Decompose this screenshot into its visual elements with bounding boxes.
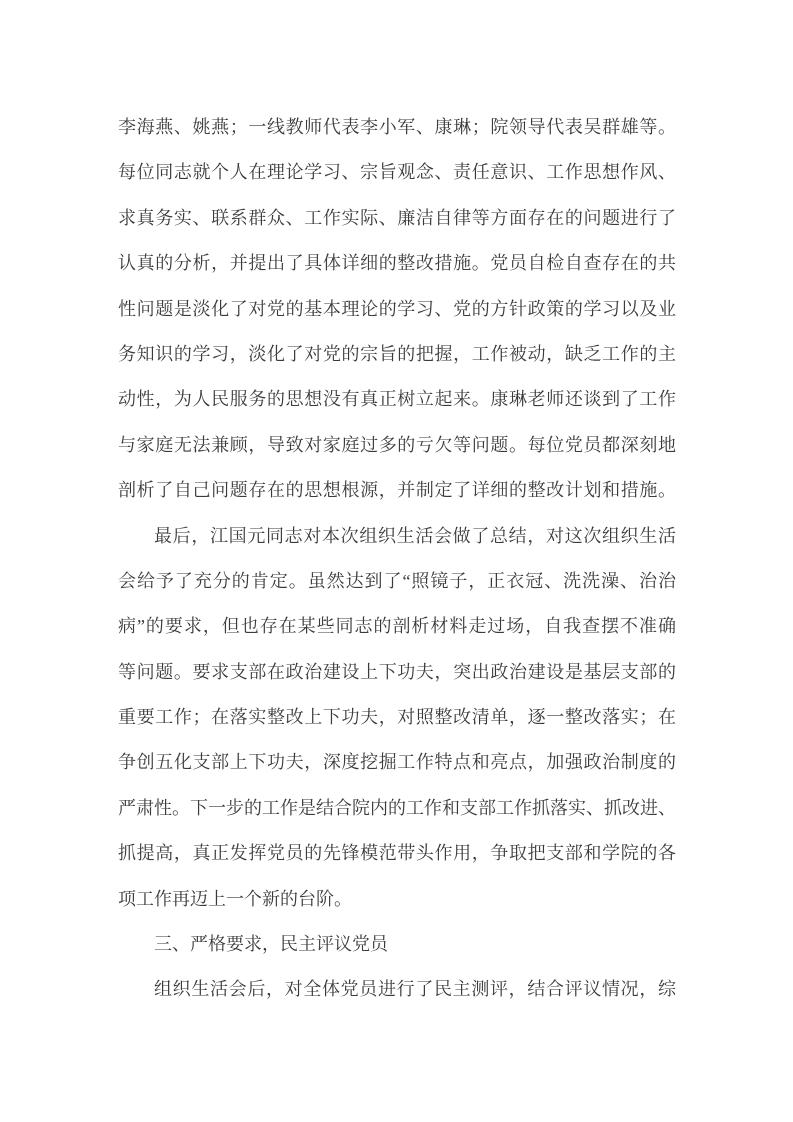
text-line: 认真的分析，并提出了具体详细的整改措施。党员自检自查存在的共 [118,241,676,286]
text-line: 重要工作；在落实整改上下功夫，对照整改清单，逐一整改落实；在 [118,695,676,740]
text-line: 每位同志就个人在理论学习、宗旨观念、责任意识、工作思想作风、 [118,150,676,195]
text-line: 争创五化支部上下功夫，深度挖掘工作特点和亮点，加强政治制度的 [118,740,676,785]
text-line: 剖析了自己问题存在的思想根源，并制定了详细的整改计划和措施。 [118,468,676,513]
text-line: 会给予了充分的肯定。虽然达到了“照镜子，正衣冠、洗洗澡、治治 [118,559,676,604]
text-line: 项工作再迈上一个新的台阶。 [118,877,676,922]
text-line: 动性，为人民服务的思想没有真正树立起来。康琳老师还谈到了工作 [118,377,676,422]
text-line: 与家庭无法兼顾，导致对家庭过多的亏欠等问题。每位党员都深刻地 [118,423,676,468]
text-line: 务知识的学习，淡化了对党的宗旨的把握，工作被动，缺乏工作的主 [118,332,676,377]
text-line: 三、严格要求，民主评议党员 [118,922,676,967]
text-line: 性问题是淡化了对党的基本理论的学习、党的方针政策的学习以及业 [118,287,676,332]
text-line: 李海燕、姚燕；一线教师代表李小军、康琳；院领导代表吴群雄等。 [118,105,676,150]
text-line: 最后，江国元同志对本次组织生活会做了总结，对这次组织生活 [118,514,676,559]
text-line: 等问题。要求支部在政治建设上下功夫，突出政治建设是基层支部的 [118,650,676,695]
text-line: 求真务实、联系群众、工作实际、廉洁自律等方面存在的问题进行了 [118,196,676,241]
text-line: 组织生活会后，对全体党员进行了民主测评，结合评议情况，综 [118,967,676,1012]
text-line: 抓提高，真正发挥党员的先锋模范带头作用，争取把支部和学院的各 [118,831,676,876]
text-line: 严肃性。下一步的工作是结合院内的工作和支部工作抓落实、抓改进、 [118,786,676,831]
document-page: 李海燕、姚燕；一线教师代表李小军、康琳；院领导代表吴群雄等。每位同志就个人在理论… [0,0,793,1122]
document-body: 李海燕、姚燕；一线教师代表李小军、康琳；院领导代表吴群雄等。每位同志就个人在理论… [118,105,676,1013]
text-line: 病”的要求，但也存在某些同志的剖析材料走过场，自我查摆不准确 [118,604,676,649]
